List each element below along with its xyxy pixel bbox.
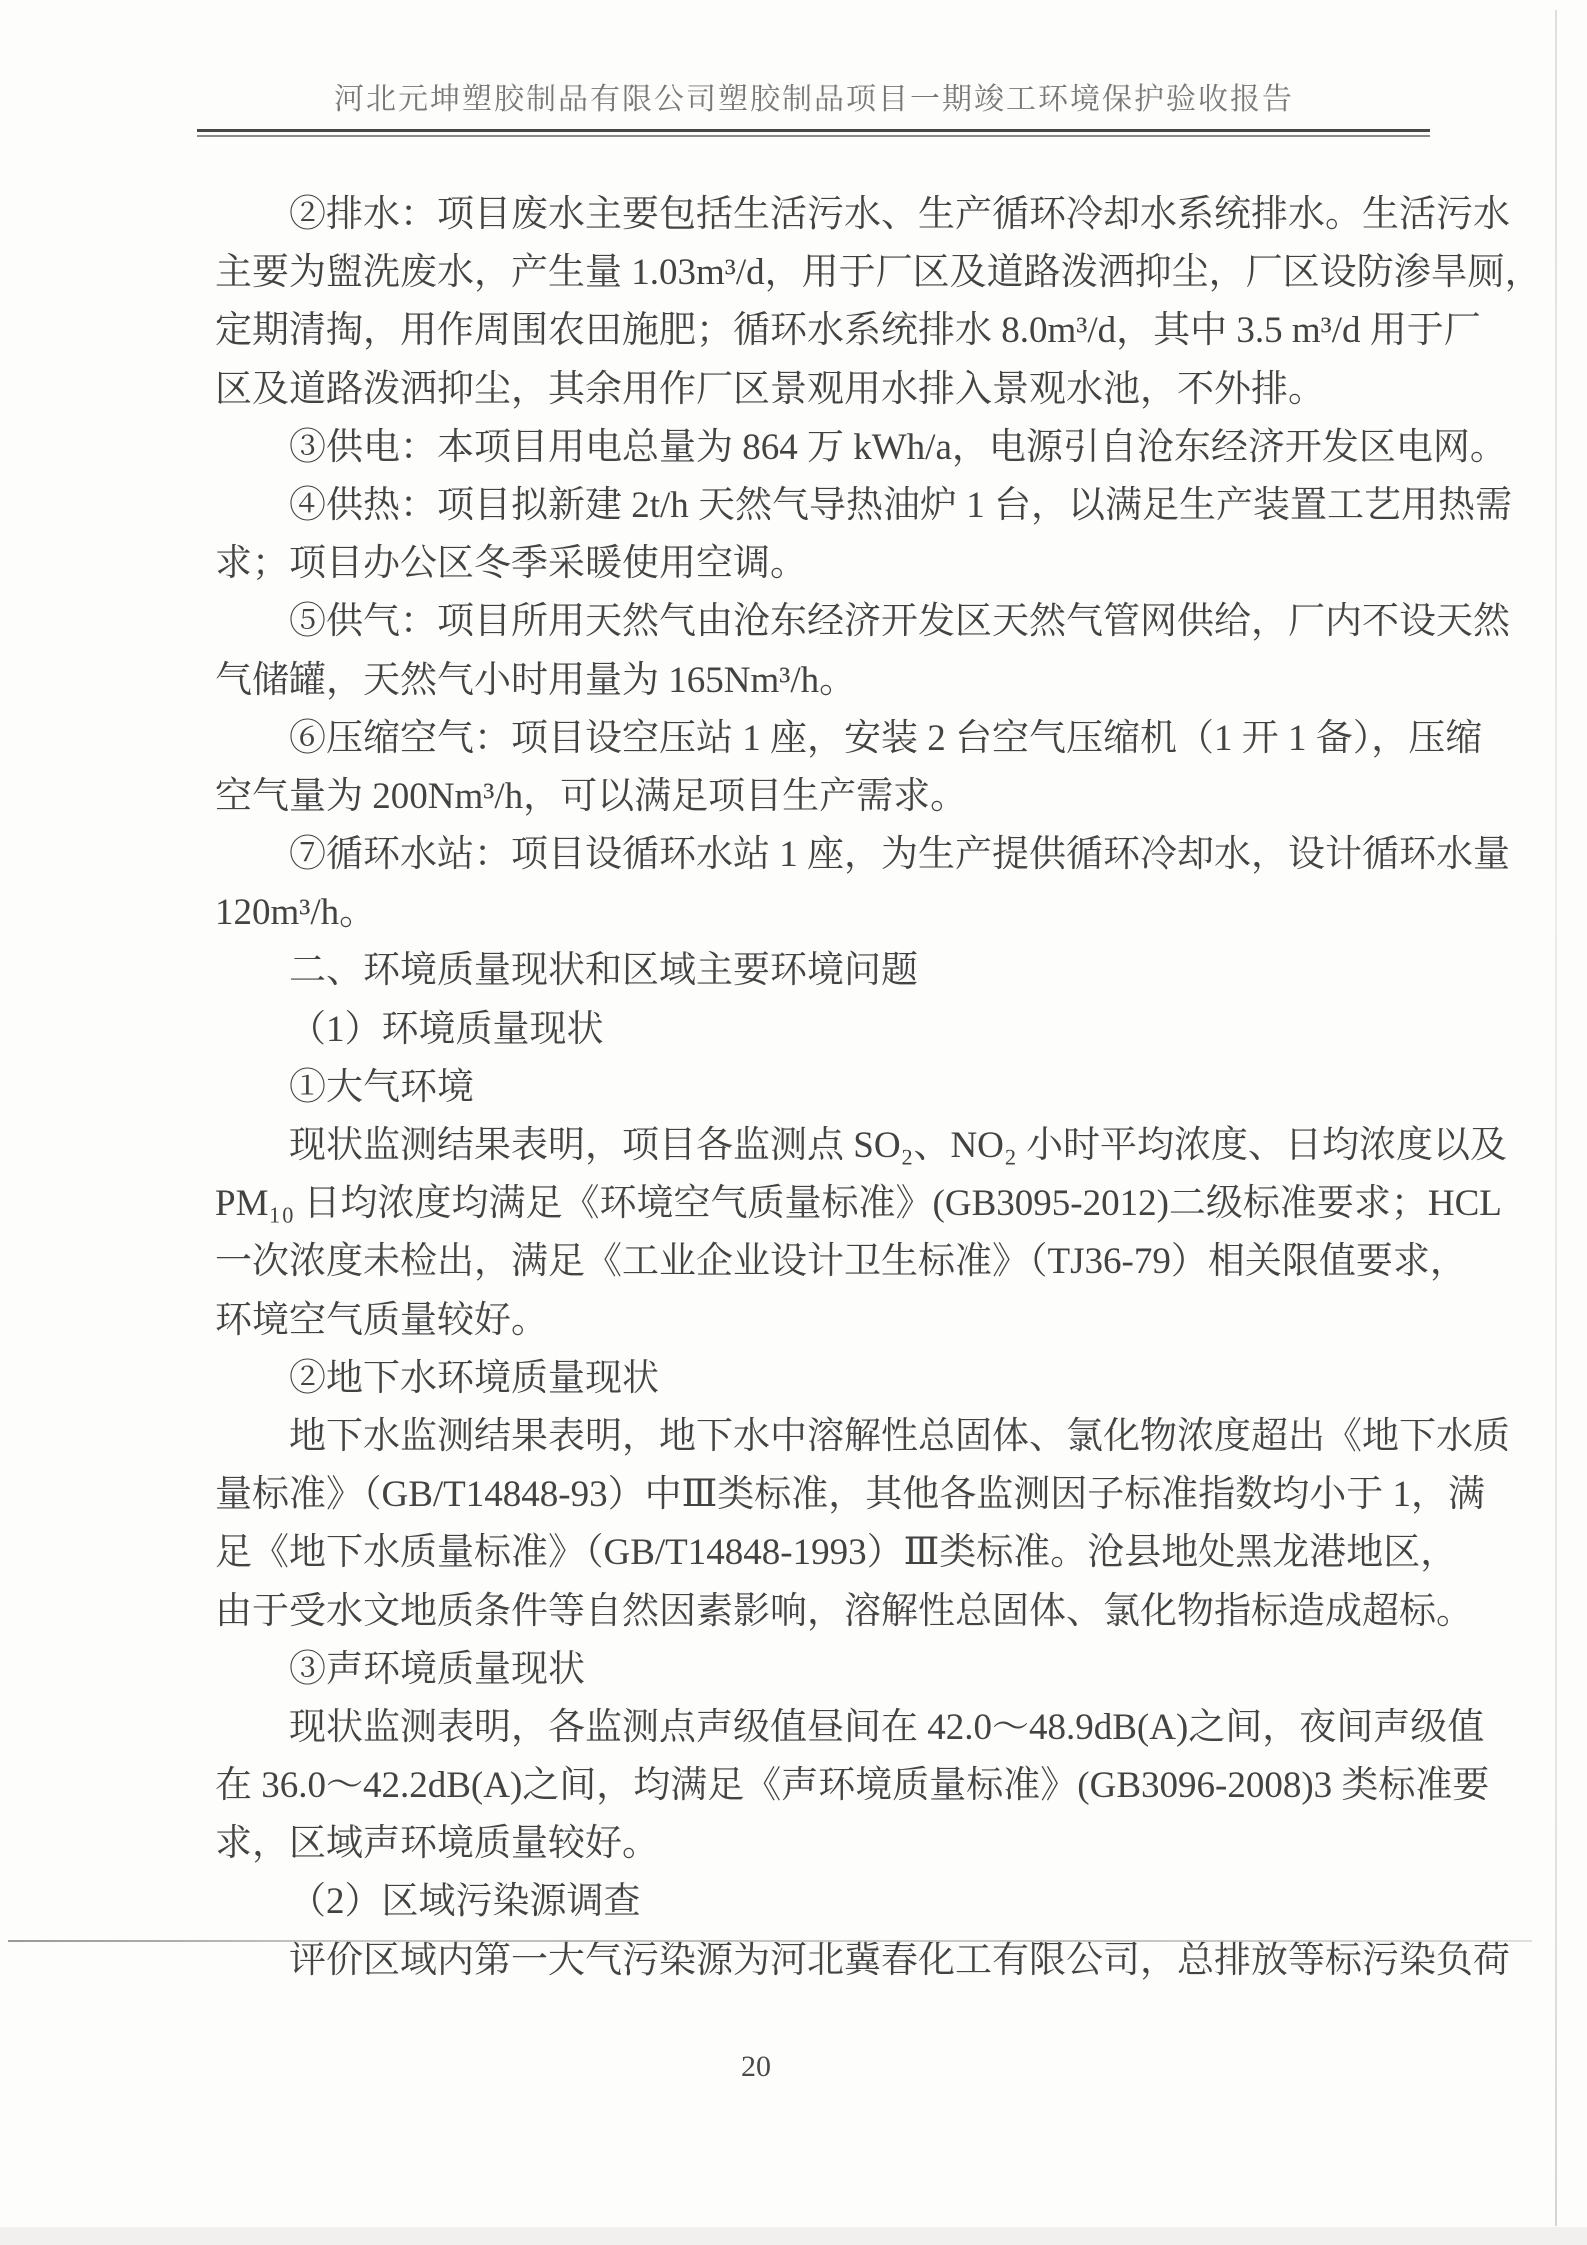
text-line: ②排水：项目废水主要包括生活污水、生产循环冷却水系统排水。生活污水 xyxy=(215,186,1447,244)
text-line: ①大气环境 xyxy=(215,1059,1447,1117)
text-line: 气储罐，天然气小时用量为 165Nm³/h。 xyxy=(215,652,1447,710)
text-line: 足《地下水质量标准》（GB/T14848-1993）Ⅲ类标准。沧县地处黑龙港地区… xyxy=(215,1524,1447,1582)
text-line: 求；项目办公区冬季采暖使用空调。 xyxy=(215,535,1447,593)
text-line: 地下水监测结果表明，地下水中溶解性总固体、氯化物浓度超出《地下水质 xyxy=(215,1408,1447,1466)
text-line: 求，区域声环境质量较好。 xyxy=(215,1815,1447,1873)
text-line: ②地下水环境质量现状 xyxy=(215,1350,1447,1408)
body-text: ②排水：项目废水主要包括生活污水、生产循环冷却水系统排水。生活污水主要为盥洗废水… xyxy=(215,186,1447,1990)
text-line: 在 36.0～42.2dB(A)之间，均满足《声环境质量标准》(GB3096-2… xyxy=(215,1757,1447,1815)
text-line: （2）区域污染源调查 xyxy=(215,1873,1447,1931)
text-line: ③声环境质量现状 xyxy=(215,1641,1447,1699)
text-line: 定期清掏，用作周围农田施肥；循环水系统排水 8.0m³/d，其中 3.5 m³/… xyxy=(215,302,1447,360)
text-line: ⑥压缩空气：项目设空压站 1 座，安装 2 台空气压缩机（1 开 1 备），压缩 xyxy=(215,710,1447,768)
text-line: 一次浓度未检出，满足《工业企业设计卫生标准》（TJ36-79）相关限值要求， xyxy=(215,1233,1447,1291)
text-line: 量标准》（GB/T14848-93）中Ⅲ类标准，其他各监测因子标准指数均小于 1… xyxy=(215,1466,1447,1524)
text-line: 由于受水文地质条件等自然因素影响，溶解性总固体、氯化物指标造成超标。 xyxy=(215,1583,1447,1641)
scan-edge-vertical xyxy=(1555,10,1557,2226)
text-line: ③供电：本项目用电总量为 864 万 kWh/a，电源引自沧东经济开发区电网。 xyxy=(215,419,1447,477)
document-page: 河北元坤塑胶制品有限公司塑胶制品项目一期竣工环境保护验收报告 ②排水：项目废水主… xyxy=(0,0,1587,2245)
page-number: 20 xyxy=(696,2050,816,2084)
header-title: 河北元坤塑胶制品有限公司塑胶制品项目一期竣工环境保护验收报告 xyxy=(198,82,1430,118)
text-line: 区及道路泼洒抑尘，其余用作厂区景观用水排入景观水池，不外排。 xyxy=(215,361,1447,419)
text-line: 现状监测表明，各监测点声级值昼间在 42.0～48.9dB(A)之间，夜间声级值 xyxy=(215,1699,1447,1757)
text-line: 空气量为 200Nm³/h，可以满足项目生产需求。 xyxy=(215,768,1447,826)
text-line: 环境空气质量较好。 xyxy=(215,1292,1447,1350)
text-line: （1）环境质量现状 xyxy=(215,1001,1447,1059)
text-line: ⑦循环水站：项目设循环水站 1 座，为生产提供循环冷却水，设计循环水量 xyxy=(215,826,1447,884)
header-rule xyxy=(197,129,1430,137)
text-line: ⑤供气：项目所用天然气由沧东经济开发区天然气管网供给，厂内不设天然 xyxy=(215,593,1447,651)
text-line: 120m³/h。 xyxy=(215,884,1447,942)
scan-fold-line xyxy=(8,1940,1532,1942)
text-line: ④供热：项目拟新建 2t/h 天然气导热油炉 1 台，以满足生产装置工艺用热需 xyxy=(215,477,1447,535)
text-line: 现状监测结果表明，项目各监测点 SO₂、NO₂ 小时平均浓度、日均浓度以及 xyxy=(215,1117,1447,1175)
text-line: 二、环境质量现状和区域主要环境问题 xyxy=(215,942,1447,1000)
text-line: PM₁₀ 日均浓度均满足《环境空气质量标准》(GB3095-2012)二级标准要… xyxy=(215,1175,1447,1233)
text-line: 主要为盥洗废水，产生量 1.03m³/d，用于厂区及道路泼洒抑尘，厂区设防渗旱厕… xyxy=(215,244,1447,302)
scan-edge-bottom xyxy=(0,2227,1587,2245)
